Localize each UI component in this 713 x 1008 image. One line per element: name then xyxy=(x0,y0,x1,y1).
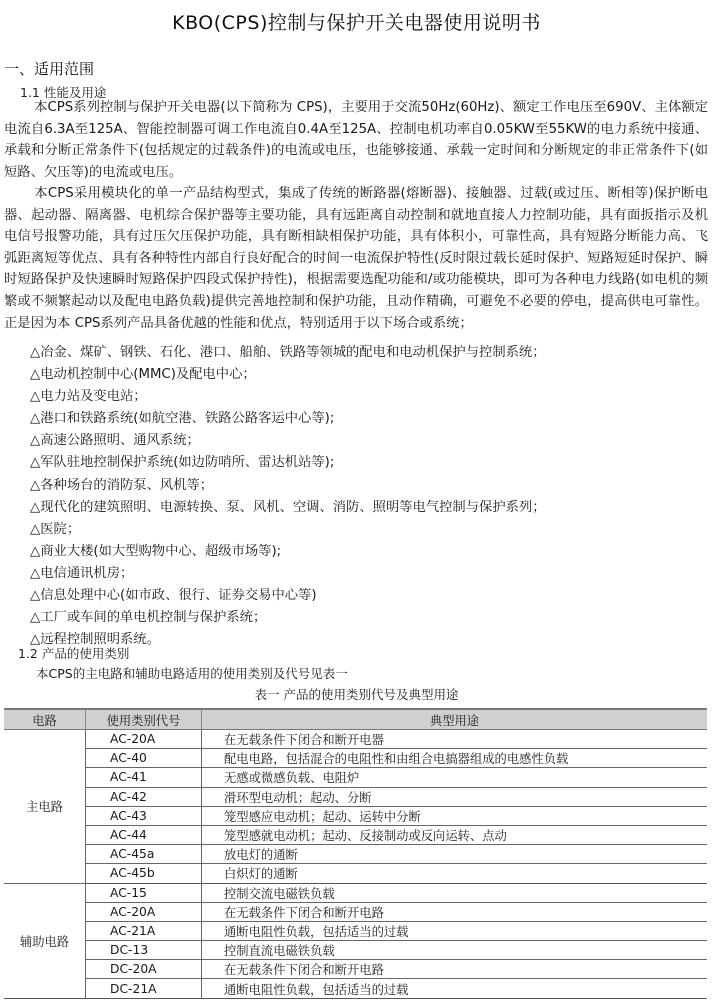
utilization-category-table: 电路 使用类别代号 典型用途 主电路 AC-20A 在无载条件下闭合和断开电器 … xyxy=(4,708,707,999)
category-code: AC-15 xyxy=(86,883,202,902)
typical-use: 滑环型电动机；起动、分断 xyxy=(202,787,708,806)
category-code: DC-21A xyxy=(86,979,202,998)
list-item: △电力站及变电站； xyxy=(30,386,546,408)
category-code: AC-45a xyxy=(86,845,202,864)
category-code: AC-20A xyxy=(86,902,202,921)
paragraph-features-text: 本CPS采用模块化的单一产品结构型式，集成了传统的断路器(熔断器)、接触器、过载… xyxy=(4,186,708,331)
section-heading-scope: 一、适用范围 xyxy=(4,58,94,79)
table-row: DC-21A 通断电阻性负载，包括适当的过载 xyxy=(4,979,707,998)
category-code: AC-40 xyxy=(86,749,202,768)
table-row: AC-45b 白炽灯的通断 xyxy=(4,864,707,883)
table-row: 辅助电路 AC-15 控制交流电磁铁负载 xyxy=(4,883,707,902)
subsection-heading-categories: 1.2 产品的使用类别 xyxy=(18,644,129,662)
typical-use: 白炽灯的通断 xyxy=(202,864,708,883)
typical-use: 笼型感就电动机；起动、反接制动或反向运转、点动 xyxy=(202,825,708,844)
list-item: △医院； xyxy=(30,519,546,541)
category-code: AC-21A xyxy=(86,921,202,940)
paragraph-overview-text: 本CPS系列控制与保护开关电器(以下简称为 CPS)，主要用于交流50Hz(60… xyxy=(4,100,708,180)
category-code: AC-20A xyxy=(86,730,202,749)
table-row: AC-45a 放电灯的通断 xyxy=(4,845,707,864)
table-row: AC-44 笼型感就电动机；起动、反接制动或反向运转、点动 xyxy=(4,825,707,844)
table-intro: 本CPS的主电路和辅助电路适用的使用类别及代号见表一 xyxy=(36,664,348,682)
list-item: △电动机控制中心(MMC)及配电中心； xyxy=(30,364,546,386)
table-row: 主电路 AC-20A 在无载条件下闭合和断开电器 xyxy=(4,730,707,749)
category-code: DC-13 xyxy=(86,941,202,960)
list-item: △军队驻地控制保护系统(如边防哨所、雷达机站等); xyxy=(30,452,546,474)
table-row: AC-43 笼型感应电动机；起动、运转中分断 xyxy=(4,806,707,825)
typical-use: 配电电路，包括混合的电阻性和由组合电搞器组成的电感性负载 xyxy=(202,749,708,768)
table-row: AC-42 滑环型电动机；起动、分断 xyxy=(4,787,707,806)
list-item: △商业大楼(如大型购物中心、超级市场等); xyxy=(30,541,546,563)
list-item: △现代化的建筑照明、电源转换、泵、风机、空调、消防、照明等电气控制与保护系列； xyxy=(30,497,546,519)
header-typical-use: 典型用途 xyxy=(202,709,708,730)
list-item: △高速公路照明、通风系统； xyxy=(30,430,546,452)
typical-use: 笼型感应电动机；起动、运转中分断 xyxy=(202,806,708,825)
table-row: DC-20A 在无载条件下闭合和断开电路 xyxy=(4,960,707,979)
typical-use: 控制交流电磁铁负载 xyxy=(202,883,708,902)
typical-use: 在无载条件下闭合和断开电路 xyxy=(202,902,708,921)
list-item: △电信通讯机房； xyxy=(30,563,546,585)
typical-use: 通断电阻性负载，包括适当的过载 xyxy=(202,979,708,998)
typical-use: 在无载条件下闭合和断开电器 xyxy=(202,730,708,749)
table-row: AC-41 无感或微感负载、电阻炉 xyxy=(4,768,707,787)
typical-use: 在无载条件下闭合和断开电路 xyxy=(202,960,708,979)
paragraph-features: 本CPS采用模块化的单一产品结构型式，集成了传统的断路器(熔断器)、接触器、过载… xyxy=(4,183,708,334)
list-item: △各种场台的消防泵、风机等； xyxy=(30,475,546,497)
category-code: AC-41 xyxy=(86,768,202,787)
category-code: AC-42 xyxy=(86,787,202,806)
paragraph-overview: 本CPS系列控制与保护开关电器(以下简称为 CPS)，主要用于交流50Hz(60… xyxy=(4,97,708,183)
category-code: AC-43 xyxy=(86,806,202,825)
table-row: AC-20A 在无载条件下闭合和断开电路 xyxy=(4,902,707,921)
table-row: AC-21A 通断电阻性负载，包括适当的过载 xyxy=(4,921,707,940)
table-row: AC-40 配电电路，包括混合的电阻性和由组合电搞器组成的电感性负载 xyxy=(4,749,707,768)
typical-use: 无感或微感负载、电阻炉 xyxy=(202,768,708,787)
category-code: DC-20A xyxy=(86,960,202,979)
list-item: △工厂或车间的单电机控制与保护系统； xyxy=(30,607,546,629)
table-row: DC-13 控制直流电磁铁负载 xyxy=(4,941,707,960)
list-item: △港口和铁路系统(如航空港、铁路公路客运中心等); xyxy=(30,408,546,430)
category-code: AC-44 xyxy=(86,825,202,844)
header-circuit: 电路 xyxy=(4,709,86,730)
circuit-main: 主电路 xyxy=(4,730,86,884)
typical-use: 放电灯的通断 xyxy=(202,845,708,864)
table-header-row: 电路 使用类别代号 典型用途 xyxy=(4,709,707,730)
category-code: AC-45b xyxy=(86,864,202,883)
application-list: △冶金、煤矿、钢铁、石化、港口、船舶、铁路等领城的配电和电动机保护与控制系统； … xyxy=(30,342,546,651)
list-item: △冶金、煤矿、钢铁、石化、港口、船舶、铁路等领城的配电和电动机保护与控制系统； xyxy=(30,342,546,364)
typical-use: 通断电阻性负载，包括适当的过载 xyxy=(202,921,708,940)
typical-use: 控制直流电磁铁负载 xyxy=(202,941,708,960)
table-caption: 表一 产品的使用类别代号及典型用途 xyxy=(0,685,713,703)
circuit-auxiliary: 辅助电路 xyxy=(4,883,86,998)
header-category-code: 使用类别代号 xyxy=(86,709,202,730)
document-title: KBO(CPS)控制与保护开关电器使用说明书 xyxy=(0,8,713,35)
list-item: △信息处理中心(如市政、很行、证券交易中心等) xyxy=(30,585,546,607)
